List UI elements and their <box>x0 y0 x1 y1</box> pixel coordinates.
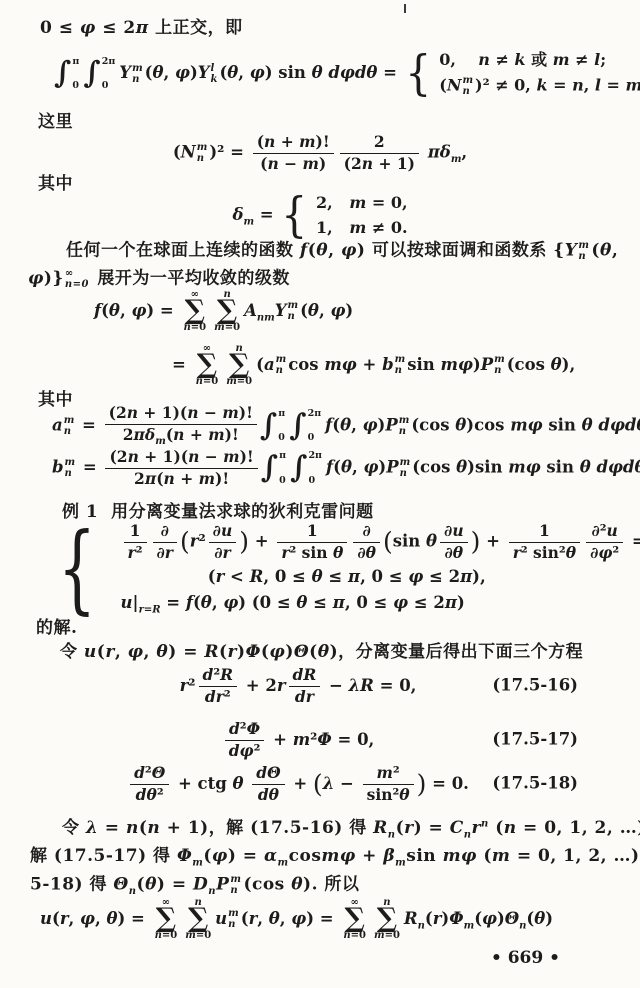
series-expansion-formula-2: = ∞∑n=0n∑m=0(amncos mφ + bmnsin mφ)Pmn(c… <box>172 344 575 387</box>
domain-condition-row: (r < R, 0 ≤ θ ≤ π, 0 ≤ φ ≤ 2π), <box>121 567 640 588</box>
boundary-condition-row: u|r=R = f(θ, φ) (0 ≤ θ ≤ π, 0 ≤ φ ≤ 2π) <box>121 593 640 617</box>
scan-artifact-mark <box>404 4 406 13</box>
coefficient-b-formula: bmn = (2n + 1)(n − m)!2π(n + m)!∫π0∫2π0f… <box>52 448 640 488</box>
scanned-textbook-page: 0 ≤ φ ≤ 2π 上正交，即 ∫π0∫2π0Ymn(θ, φ)Ylk(θ, … <box>0 0 640 988</box>
equation-17-5-17: d²Φdφ² + m²Φ = 0, (17.5-17) <box>0 720 640 760</box>
superposition-formula: u(r, φ, θ) = ∞∑n=0n∑m=0umn(r, θ, φ) = ∞∑… <box>40 898 553 941</box>
equation-17-5-18-body: d²Θdθ² + ctg θ dΘdθ + (λ − m²sin²θ) = 0. <box>127 774 469 793</box>
solution-label: 的解. <box>36 618 77 639</box>
page-number: • 669 • <box>491 948 560 969</box>
solutions-paragraph-line1: 令 λ = n(n + 1)，解 (17.5-16) 得 Rn(r) = Cnr… <box>62 818 640 842</box>
expansion-paragraph-line2: φ)}∞n=0 展开为一平均收敛的级数 <box>28 268 290 290</box>
delta-cases-formula: δm = {2, m = 0,1, m ≠ 0. <box>0 193 640 238</box>
equation-17-5-18: d²Θdθ² + ctg θ dΘdθ + (λ − m²sin²θ) = 0.… <box>0 764 640 804</box>
here-label: 这里 <box>38 112 73 133</box>
equation-number-16: (17.5-16) <box>492 676 578 697</box>
laplace-equation-row: 1r²∂∂r(r²∂u∂r) + 1r² sin θ∂∂θ(sin θ∂u∂θ)… <box>121 522 640 562</box>
system-brace: { <box>58 526 96 613</box>
solutions-paragraph-line3: 5-18) 得 Θn(θ) = DnPmn(cos θ). 所以 <box>30 874 359 898</box>
normalization-formula: (Nmn)² = (n + m)!(n − m)2(2n + 1) πδm, <box>0 133 640 173</box>
equation-17-5-16-body: r²d²Rdr² + 2rdRdr − λR = 0, <box>180 676 417 695</box>
expansion-paragraph-line1: 任何一个在球面上连续的函数 f(θ, φ) 可以按球面调和函数系 {Ymn(θ, <box>66 240 618 262</box>
solutions-paragraph-line2: 解 (17.5-17) 得 Φm(φ) = αmcosmφ + βmsin mφ… <box>30 846 640 870</box>
dirichlet-problem-system: { 1r²∂∂r(r²∂u∂r) + 1r² sin θ∂∂θ(sin θ∂u∂… <box>58 522 640 617</box>
equation-number-17: (17.5-17) <box>492 730 578 751</box>
intro-line: 0 ≤ φ ≤ 2π 上正交，即 <box>40 18 243 39</box>
coefficient-a-formula: amn = (2n + 1)(n − m)!2πδm(n + m)!∫π0∫2π… <box>52 404 640 448</box>
separation-of-variables-line: 令 u(r, φ, θ) = R(r)Φ(φ)Θ(θ)，分离变量后得出下面三个方… <box>60 642 583 663</box>
example-title: 用分离变量法求球的狄利克雷问题 <box>111 502 374 522</box>
series-expansion-formula-1: f(θ, φ) = ∞∑n=0n∑m=0AnmYmn(θ, φ) <box>94 290 353 333</box>
equation-17-5-16: r²d²Rdr² + 2rdRdr − λR = 0, (17.5-16) <box>0 666 640 706</box>
equation-17-5-17-body: d²Φdφ² + m²Φ = 0, <box>222 730 375 749</box>
orthogonality-formula: ∫π0∫2π0Ymn(θ, φ)Ylk(θ, φ) sin θ dφdθ = {… <box>54 50 640 97</box>
equation-number-18: (17.5-18) <box>492 774 578 795</box>
